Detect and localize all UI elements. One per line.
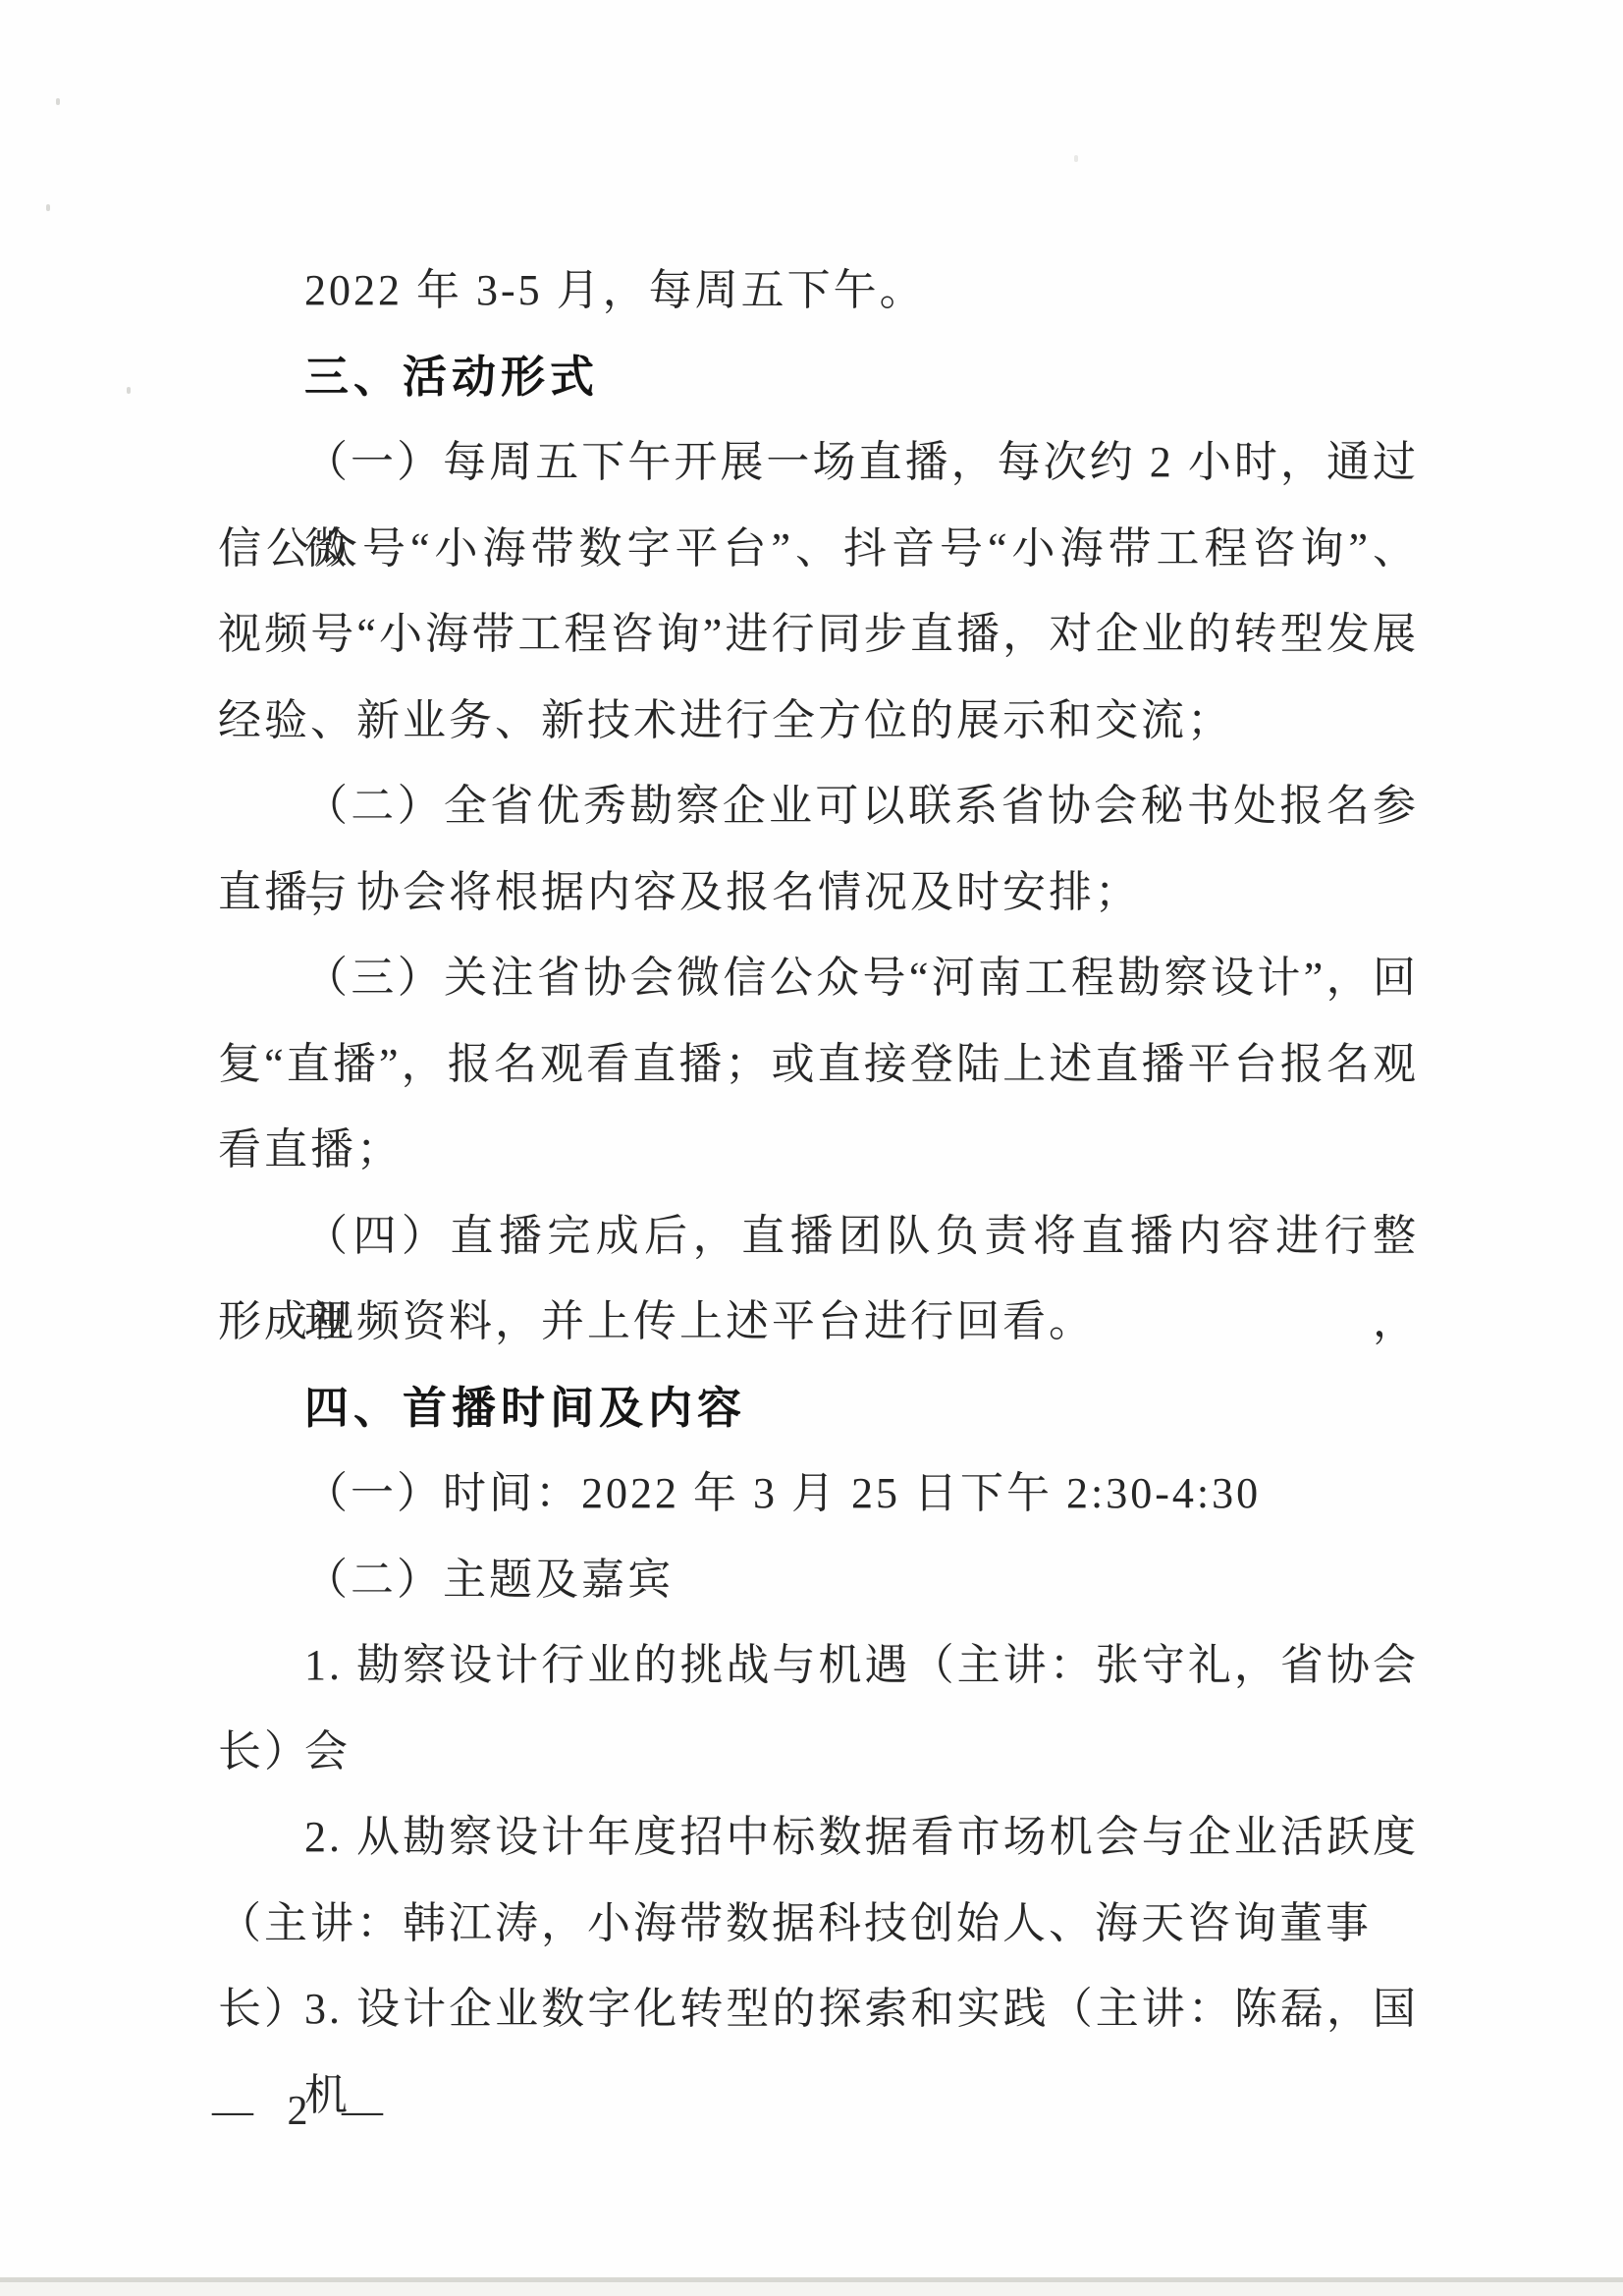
page-number: — 2 — bbox=[212, 2074, 395, 2149]
scan-edge-shadow bbox=[0, 2282, 1623, 2296]
text-line: 复“直播”，报名观看直播；或直接登陆上述直播平台报名观 bbox=[218, 1021, 1419, 1108]
text-line: 2022 年 3-5 月，每周五下午。 bbox=[218, 247, 1419, 334]
document-body: 2022 年 3-5 月，每周五下午。三、活动形式（一）每周五下午开展一场直播，… bbox=[218, 247, 1419, 2052]
text-line: （二）主题及嘉宾 bbox=[218, 1537, 1419, 1623]
scan-speck bbox=[127, 387, 131, 394]
text-line: （三）关注省协会微信公众号“河南工程勘察设计”，回 bbox=[218, 935, 1419, 1021]
text-line: 直播，协会将根据内容及报名情况及时安排； bbox=[218, 849, 1419, 936]
scan-speck bbox=[56, 98, 60, 105]
text-line: 3. 设计企业数字化转型的探索和实践（主讲：陈磊，国机 bbox=[218, 1966, 1419, 2052]
heading-line: 三、活动形式 bbox=[218, 334, 1419, 420]
text-line: （二）全省优秀勘察企业可以联系省协会秘书处报名参与 bbox=[218, 763, 1419, 849]
text-line: 1. 勘察设计行业的挑战与机遇（主讲：张守礼，省协会会 bbox=[218, 1622, 1419, 1709]
text-line: （一）时间：2022 年 3 月 25 日下午 2:30-4:30 bbox=[218, 1450, 1419, 1537]
text-line: 视频号“小海带工程咨询”进行同步直播，对企业的转型发展 bbox=[218, 591, 1419, 678]
text-line: （一）每周五下午开展一场直播，每次约 2 小时，通过微 bbox=[218, 419, 1419, 506]
scan-speck bbox=[46, 204, 50, 211]
text-line: 2. 从勘察设计年度招中标数据看市场机会与企业活跃度 bbox=[218, 1794, 1419, 1881]
text-line: （四）直播完成后，直播团队负责将直播内容进行整理， bbox=[218, 1193, 1419, 1280]
text-line: 信公众号“小海带数字平台”、抖音号“小海带工程咨询”、 bbox=[218, 506, 1419, 592]
text-line: 长） bbox=[218, 1709, 1419, 1795]
text-line: （主讲：韩江涛，小海带数据科技创始人、海天咨询董事长） bbox=[218, 1881, 1419, 1967]
scan-speck bbox=[1074, 155, 1078, 162]
